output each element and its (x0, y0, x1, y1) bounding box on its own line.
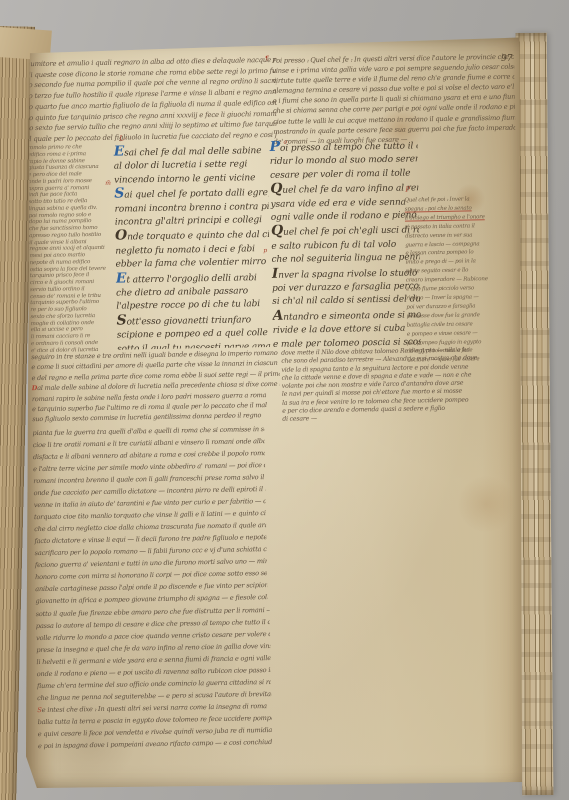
page-content: 97 numitore et amulio i quali regnaro in… (24, 33, 533, 794)
paraph-mark: m̃ (105, 180, 111, 187)
text-line: Quel chel fe poi ch'egli usci di ravenna (271, 223, 419, 241)
mid-commentary-right: dove mette il Nilo dove abitava tolomeo … (281, 346, 516, 426)
paraph-mark: L· (119, 135, 126, 142)
paraph-mark: ¶ (265, 55, 269, 62)
top-commentary-left: numitore et amulio i quali regnaro in al… (26, 55, 278, 149)
paraph-mark: P (405, 186, 410, 193)
lower-commentary: pianta fue la guerra tra quelli d'alba e… (32, 423, 267, 608)
mid-commentary-left: seguiro in tre stanze e tre ordini nelli… (31, 348, 280, 427)
manuscript-photo: 97 numitore et amulio i quali regnaro in… (0, 0, 569, 800)
paraph-mark: p (263, 247, 267, 254)
manuscript-page: 97 numitore et amulio i quali regnaro in… (26, 36, 522, 788)
verse-column-left: Esai chel fe dal mal delle sabineal dolo… (114, 143, 272, 350)
verse-column-right: Poi presso al tempo che tutto il ciel vo… (269, 138, 421, 349)
paraph-mark: o (283, 139, 287, 146)
bottom-commentary: sotto il quale fue firenze ebbe amaro pe… (36, 604, 273, 754)
top-commentary-right: Poi presso ⹎ Quel chel fe ⹎ In questi al… (272, 52, 516, 152)
right-margin-gloss: Quel chel fe poi ⹎ Inver laspagna ⹎ poi … (404, 195, 515, 371)
